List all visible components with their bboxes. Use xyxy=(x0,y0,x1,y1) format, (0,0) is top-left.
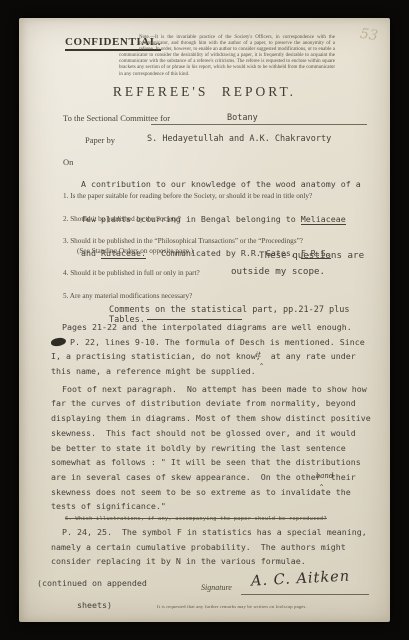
report-line: Pages 21-22 and the interpolated diagram… xyxy=(51,322,373,337)
comments-underline xyxy=(147,319,242,320)
pencil-folio-number: 53 xyxy=(359,26,379,44)
report-line: namely a certain cumulative probability.… xyxy=(51,542,373,557)
report-line: tests of significance." xyxy=(51,501,373,516)
report-line: skewness. This fact should not be glosse… xyxy=(51,428,373,443)
report-line: displaying them in diagrams. Most of the… xyxy=(51,413,373,428)
report-line: P. 24, 25. The symbol F in statistics ha… xyxy=(51,527,373,542)
report-line: skewness does not seem to be so extreme … xyxy=(51,487,373,502)
report-line: I, a practising statistician, do not kno… xyxy=(51,351,373,366)
question-2: 2. Should it be published by the Society… xyxy=(63,215,181,223)
report-line: be better to state it boldly by rewritin… xyxy=(51,443,373,458)
paper-by-value: S. Hedayetullah and A.K. Chakravorty xyxy=(147,134,331,144)
underlined-meliaceae: Meliaceae xyxy=(301,214,346,225)
paper-title-line1: A contribution to our knowledge of the w… xyxy=(81,179,361,191)
signature-label: Signature xyxy=(201,583,232,592)
continued-note-line2: sheets) xyxy=(77,600,112,610)
struck-question-6: 6. Which illustrations, if any, accompan… xyxy=(51,516,373,525)
paper-by-label: Paper by xyxy=(85,135,115,145)
report-body: Pages 21-22 and the interpolated diagram… xyxy=(51,322,373,571)
footer-fine-print: It is requested that any further remarks… xyxy=(157,604,367,609)
report-line: are in several cases of skew appearance.… xyxy=(51,472,373,487)
report-line: somewhat as follows : " It will be seen … xyxy=(51,457,373,472)
question-4: 4. Should it be published in full or onl… xyxy=(63,269,200,277)
committee-value: Botany xyxy=(227,113,258,123)
typed-answer-line1: These questions are xyxy=(259,250,364,261)
committee-fill-line xyxy=(151,113,367,125)
note-wrap-spacer xyxy=(119,35,139,48)
note-text: Note.—It is the invariable practice of t… xyxy=(119,35,335,77)
printed-note: Note.—It is the invariable practice of t… xyxy=(119,35,335,78)
typed-answer-line2: outside my scope. xyxy=(231,266,325,277)
on-label: On xyxy=(63,157,73,167)
question-5: 5. Are any material modifications necess… xyxy=(63,292,192,300)
report-line: P. 22, lines 9-10. The formula of Desch … xyxy=(51,337,373,352)
report-line: Foot of next paragraph. No attempt has b… xyxy=(51,384,373,399)
question-1: 1. Is the paper suitable for reading bef… xyxy=(63,192,312,200)
scribble-mark xyxy=(51,337,67,346)
report-line: this name, a reference might be supplied… xyxy=(51,366,373,381)
question-3: 3. Should it be published in the “Philos… xyxy=(63,237,303,245)
scanned-report-page: 53 CONFIDENTIAL. Note.—It is the invaria… xyxy=(19,18,390,622)
report-line: far the curves of distribution deviate f… xyxy=(51,398,373,413)
question-3-note: (See Standing Orders on opposite page.) xyxy=(77,247,193,255)
page-title: REFEREE'S REPORT. xyxy=(19,84,390,100)
continued-note-line1: (continued on appended xyxy=(37,578,147,588)
